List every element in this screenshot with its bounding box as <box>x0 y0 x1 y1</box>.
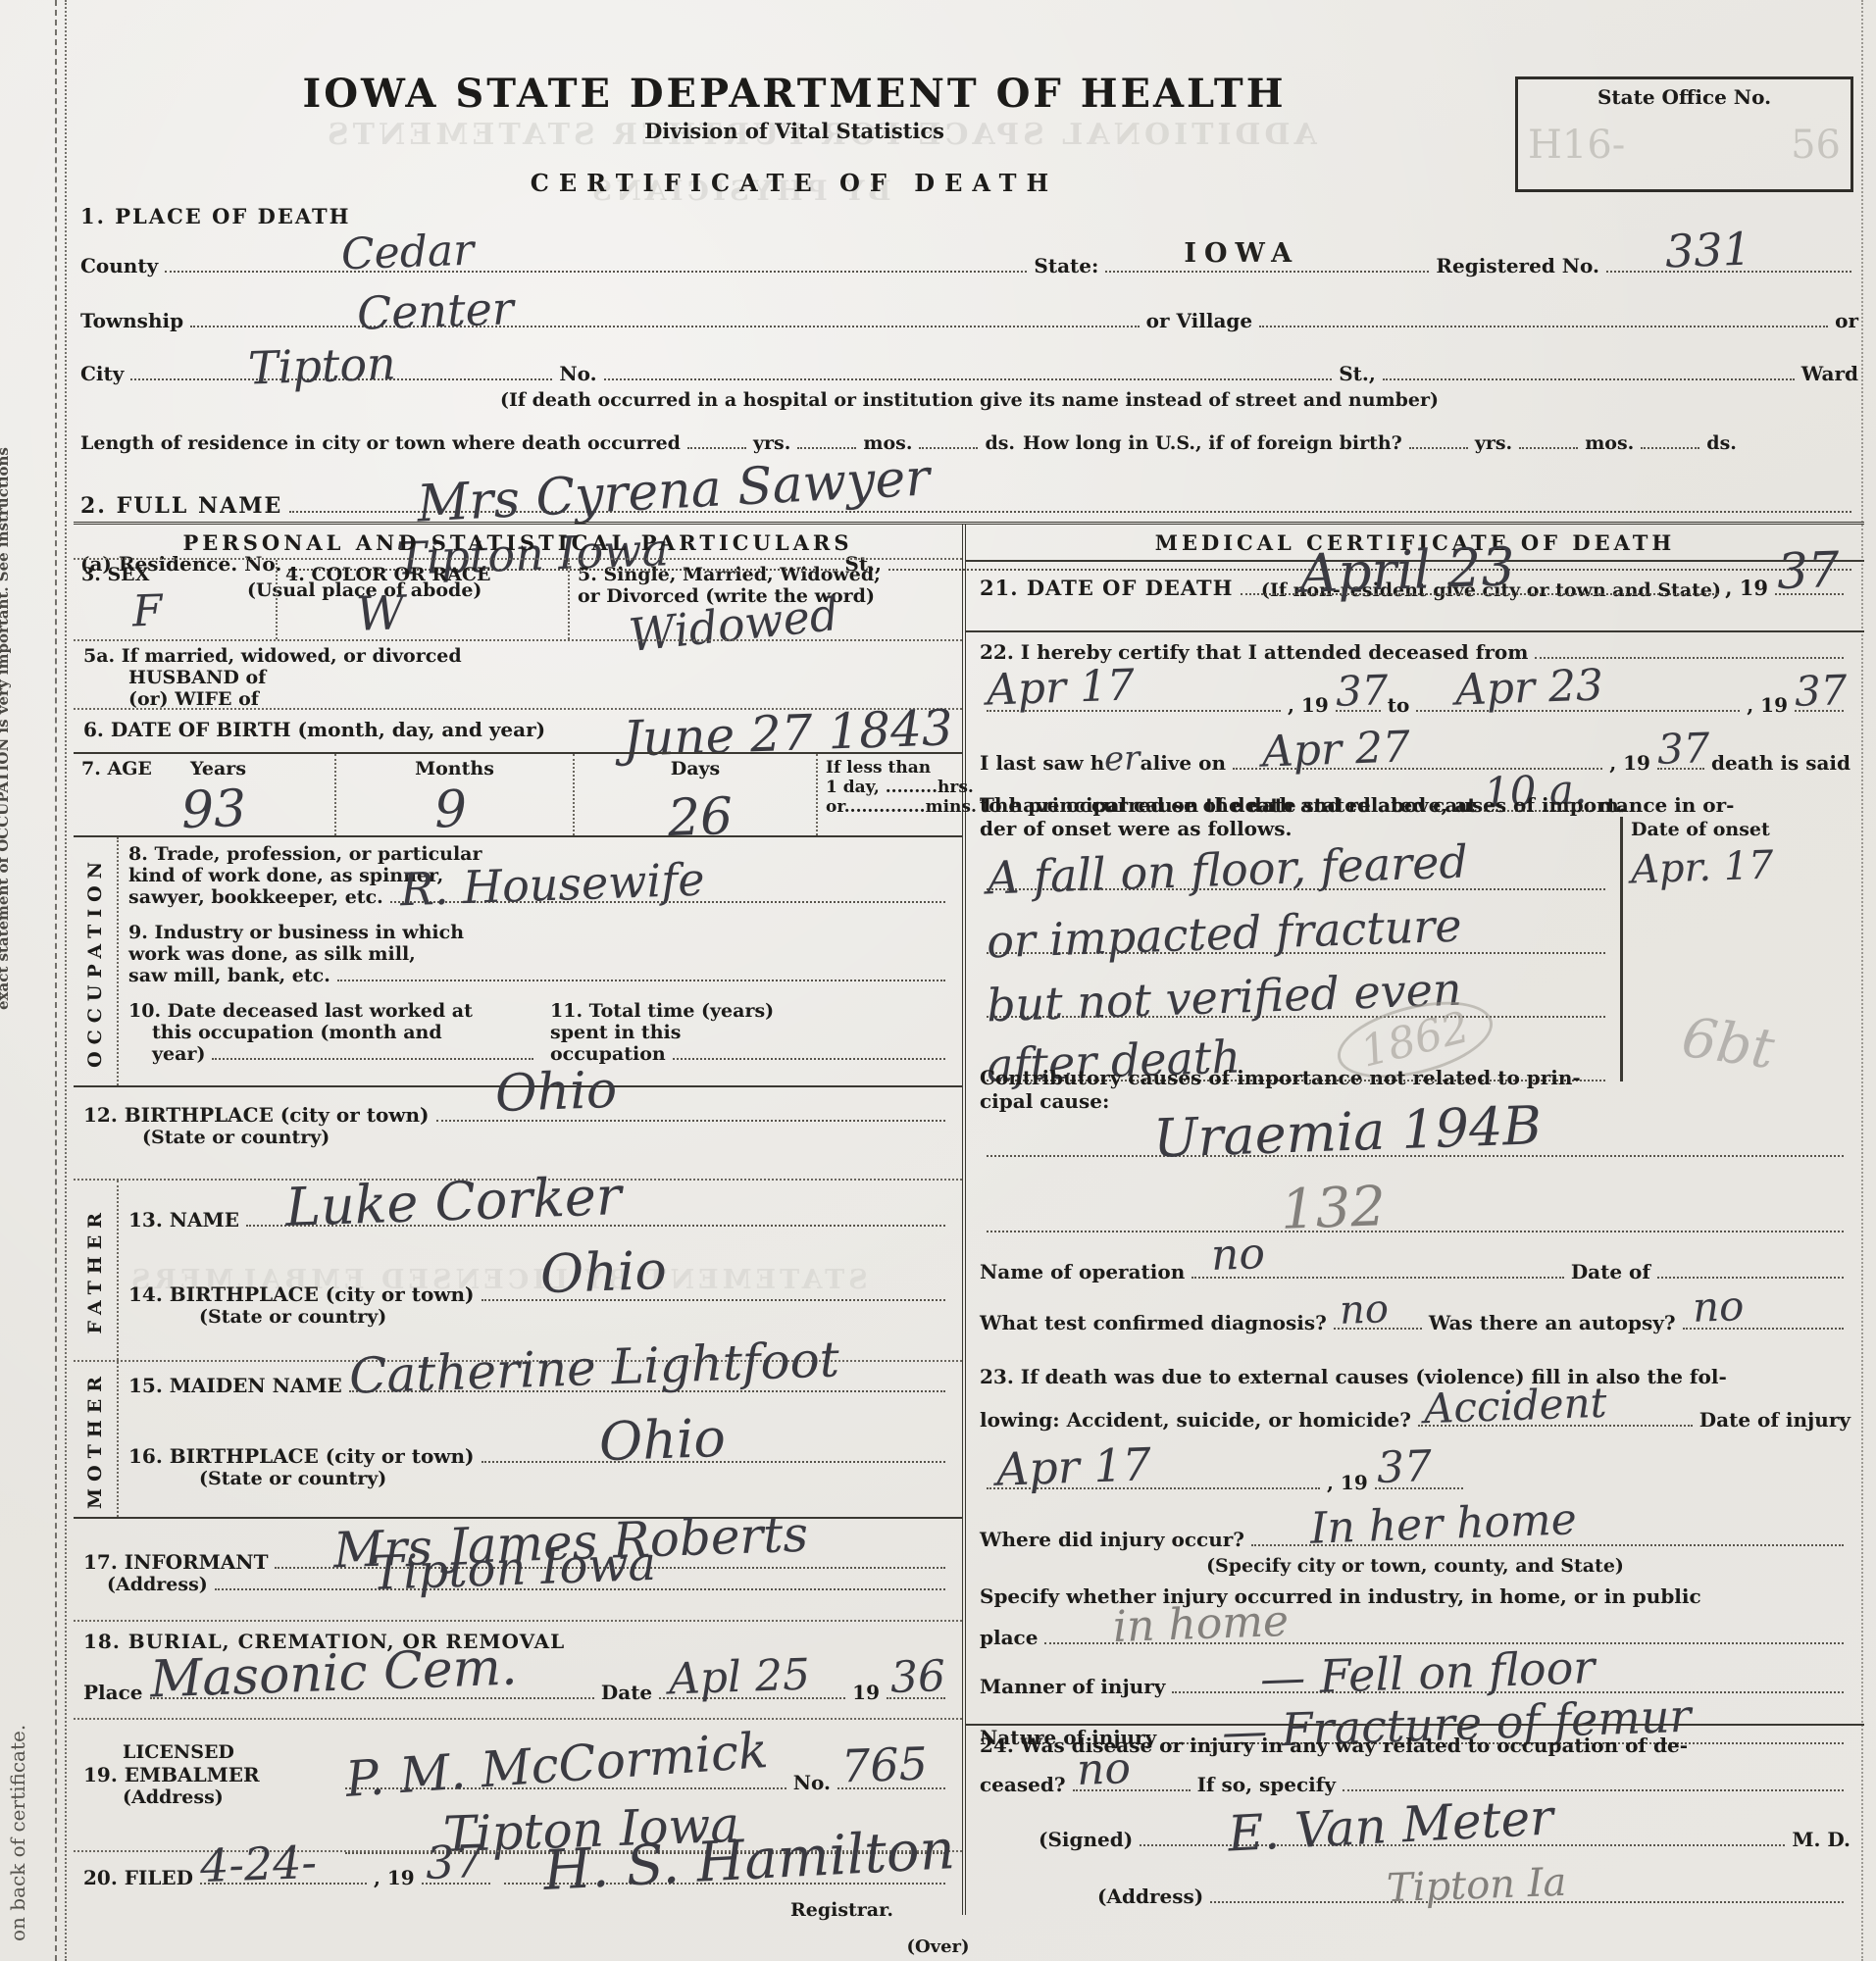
ds-label: ds. <box>985 432 1015 454</box>
where-label: Where did injury occur? <box>980 1528 1244 1551</box>
division-subtitle: Division of Vital Statistics <box>177 119 1412 143</box>
q21-year-line: 37 <box>1775 580 1844 595</box>
q10-line3: year) <box>152 1043 205 1065</box>
us-mos-line <box>1519 434 1578 449</box>
no-label: No. <box>559 362 596 385</box>
yrs-label: yrs. <box>753 432 790 454</box>
q9-line <box>337 967 945 981</box>
marital-label-1: 5. Single, Married, Widowed, <box>578 564 954 585</box>
burial-block: 18. BURIAL, CREMATION, OR REMOVAL Place … <box>74 1620 962 1718</box>
burial-date-line: Apl 25 <box>659 1684 845 1699</box>
q9-line1: 9. Industry or business in which <box>128 922 952 943</box>
margin-note: exact statement of OCCUPATION is very im… <box>0 29 12 1010</box>
lastsaw-year: 37 <box>1656 728 1710 771</box>
specify-label: Specify whether injury occurred in indus… <box>980 1584 1851 1608</box>
contributory-block: Contributory causes of importance not re… <box>966 1062 1864 1248</box>
no-line <box>604 366 1333 380</box>
place-value: in home <box>1113 1600 1290 1649</box>
length-mos-line <box>797 434 856 449</box>
from-year: 37 <box>1335 670 1389 713</box>
hospital-note: (If death occurred in a hospital or inst… <box>80 389 1858 411</box>
columns: PERSONAL AND STATISTICAL PARTICULARS 3. … <box>74 522 1864 1915</box>
to-line: Apr 23 <box>1416 697 1740 712</box>
birthplace-block: 12. BIRTHPLACE (city or town) Ohio (Stat… <box>74 1085 962 1179</box>
q24-answer-line: no <box>1073 1777 1191 1791</box>
mother-vertical-strip: MOTHER <box>74 1362 119 1517</box>
burial-year-line: 36 <box>887 1684 945 1699</box>
date-of-onset-column: Date of onset Apr. 17 6bt <box>1620 817 1864 1081</box>
embalmer-name-value: P. M. McCormick <box>344 1726 770 1804</box>
address-label: (Address) <box>1097 1885 1203 1908</box>
test-label: What test confirmed diagnosis? <box>980 1311 1327 1334</box>
registered-no-line: 331 <box>1606 258 1851 273</box>
principal-line2: der of onset were as follows. <box>980 817 1612 840</box>
from-line: Apr 17 <box>987 697 1281 712</box>
where-line: In her home <box>1251 1532 1844 1546</box>
race-cell: 4. COLOR OR RACE W <box>278 560 570 639</box>
lastsaw-value: Apr 27 <box>1261 726 1410 774</box>
father-vertical-label: FATHER <box>84 1206 106 1333</box>
age-months-cell: Months 9 <box>336 754 575 835</box>
to-label: to <box>1388 693 1410 717</box>
contrib-value-line1: Uraemia 194B <box>987 1142 1844 1157</box>
certificate-title: CERTIFICATE OF DEATH <box>177 169 1412 197</box>
months-label: Months <box>415 758 494 779</box>
filed-date-line: 4-24- <box>200 1870 367 1885</box>
licensed-label: LICENSED <box>123 1741 338 1763</box>
test-line: no <box>1334 1315 1422 1330</box>
q14-line: Ohio <box>482 1286 945 1301</box>
husband-wife-block: 5a. If married, widowed, or divorced HUS… <box>74 639 962 708</box>
burial-date-19: 19 <box>852 1681 880 1704</box>
manner-label: Manner of injury <box>980 1675 1165 1698</box>
cause-line3: but not verified even <box>987 1003 1605 1018</box>
injury-date-label: Date of injury <box>1699 1408 1851 1432</box>
lastsaw-year-line: 37 <box>1657 755 1704 770</box>
to-value: Apr 23 <box>1455 664 1604 712</box>
q21-value: April 23 <box>1298 540 1516 601</box>
operation-date-label: Date of <box>1571 1260 1650 1283</box>
lastsaw-19: , 19 <box>1609 751 1650 775</box>
where-value: In her home <box>1309 1498 1577 1550</box>
registrar-sig-line: H. S. Hamilton <box>504 1870 945 1885</box>
autopsy-value: no <box>1692 1285 1745 1329</box>
less-line1: If less than <box>826 758 977 778</box>
state-office-box: State Office No. H16- 56 <box>1515 76 1853 192</box>
state-office-value-left: H16- <box>1528 123 1625 168</box>
principal-cause-block: The principal cause of death and related… <box>966 787 1864 1062</box>
cause-value1: A fall on floor, feared <box>986 838 1468 900</box>
state-office-value-right: 56 <box>1791 123 1841 168</box>
q17-sub: (Address) <box>107 1574 208 1595</box>
cause-line1: A fall on floor, feared <box>987 876 1605 890</box>
race-value: W <box>355 589 405 638</box>
injury-year-value: 37 <box>1376 1445 1433 1490</box>
to-year: 37 <box>1794 670 1848 713</box>
to-year-line: 37 <box>1795 697 1844 712</box>
ward-label: Ward <box>1801 362 1858 385</box>
q5a-line1: 5a. If married, widowed, or divorced <box>83 645 952 667</box>
operation-line: no <box>1192 1264 1564 1279</box>
sex-race-marital-row: 3. SEX F 4. COLOR OR RACE W 5. Single, M… <box>74 558 962 639</box>
dob-block: 6. DATE OF BIRTH (month, day, and year) … <box>74 708 962 752</box>
q13-line: Luke Corker <box>246 1212 945 1227</box>
embalmer-name-line: P. M. McCormick <box>345 1775 786 1789</box>
q14-sub: (State or country) <box>199 1306 952 1328</box>
state-value: IOWA <box>1184 238 1299 269</box>
q24-ceased: ceased? <box>980 1773 1066 1796</box>
age-label: 7. AGE <box>81 758 152 779</box>
where-sub: (Specify city or town, county, and State… <box>980 1555 1851 1577</box>
test-autopsy-block: What test confirmed diagnosis? no Was th… <box>966 1297 1864 1351</box>
years-label: Years <box>190 758 246 779</box>
operation-value: no <box>1211 1232 1266 1278</box>
mother-vertical-label: MOTHER <box>84 1370 106 1509</box>
registered-no-label: Registered No. <box>1436 254 1599 277</box>
injury-date-19: , 19 <box>1327 1471 1368 1494</box>
registrar-label: Registrar. <box>83 1899 893 1921</box>
sex-label: 3. SEX <box>81 564 149 585</box>
city-line: Tipton <box>130 366 552 380</box>
q23-line2: lowing: Accident, suicide, or homicide? <box>980 1408 1411 1432</box>
q13-label: 13. NAME <box>128 1208 239 1232</box>
q17-label: 17. INFORMANT <box>83 1550 268 1574</box>
medical-certificate-column: MEDICAL CERTIFICATE OF DEATH 21. DATE OF… <box>962 525 1864 1915</box>
occupation-vertical-label: OCCUPATION <box>84 855 106 1068</box>
burial-place-line: Masonic Cem. <box>150 1684 594 1699</box>
q5a-line2: HUSBAND of <box>128 667 952 688</box>
over-footer: (Over) <box>0 1936 1876 1957</box>
left-edge-rule-inner <box>65 0 67 1961</box>
burial-place-value: Masonic Cem. <box>149 1641 518 1705</box>
city-label: City <box>80 362 124 385</box>
injury-date-value: Apr 17 <box>995 1441 1151 1491</box>
us-yrs-label: yrs. <box>1475 432 1512 454</box>
signed-line: E. Van Meter <box>1140 1832 1785 1846</box>
place-of-death-title: 1. PLACE OF DEATH <box>80 204 1858 228</box>
days-label: Days <box>671 758 721 779</box>
full-name-line: Mrs Cyrena Sawyer <box>289 498 1851 513</box>
department-title: IOWA STATE DEPARTMENT OF HEALTH <box>177 71 1412 117</box>
signature-block: (Signed) E. Van Meter M. D. (Address) Ti… <box>966 1812 1864 1915</box>
us-mos-label: mos. <box>1585 432 1634 454</box>
length-ds-line <box>919 434 978 449</box>
city-handwritten: Tipton <box>248 340 397 390</box>
q9-line3: saw mill, bank, etc. <box>128 965 330 986</box>
contrib-value1: Uraemia 194B <box>1152 1099 1543 1166</box>
less-than-day-cell: If less than 1 day, .........hrs. or....… <box>818 754 985 835</box>
embalmer-label: 19. EMBALMER <box>83 1763 338 1786</box>
q21-year: 37 <box>1776 545 1840 596</box>
filed-block: 20. FILED 4-24- , 19 37 H. S. Hamilton R… <box>74 1850 962 1919</box>
us-ds-label: ds. <box>1706 432 1737 454</box>
lastsaw-label3: death is said <box>1711 751 1851 775</box>
length-yrs-line <box>687 434 746 449</box>
state-line: IOWA <box>1105 258 1429 273</box>
race-label: 4. COLOR OR RACE <box>285 564 491 585</box>
q21-label: 21. DATE OF DEATH <box>980 576 1234 600</box>
q16-label: 16. BIRTHPLACE (city or town) <box>128 1444 475 1468</box>
place-line: in home <box>1044 1630 1844 1644</box>
operation-label: Name of operation <box>980 1260 1185 1283</box>
place-label: place <box>980 1626 1038 1649</box>
burial-date-label: Date <box>601 1681 652 1704</box>
q12-value: Ohio <box>494 1065 618 1120</box>
q21-line: April 23 <box>1241 580 1719 595</box>
external-causes-block: 23. If death was due to external causes … <box>966 1351 1864 1724</box>
last-worked-block: 10. Date deceased last worked at this oc… <box>128 1000 952 1065</box>
q11-line2: spent in this <box>550 1022 952 1043</box>
autopsy-label: Was there an autopsy? <box>1429 1311 1676 1334</box>
left-edge-rule-outer <box>55 0 57 1961</box>
lastsaw-label1: I last saw h <box>980 751 1104 775</box>
us-yrs-line <box>1409 434 1468 449</box>
us-length-label: How long in U.S., if of foreign birth? <box>1023 432 1402 454</box>
mother-group: MOTHER 15. MAIDEN NAME Catherine Lightfo… <box>74 1360 962 1517</box>
onset-label: Date of onset <box>1631 819 1856 840</box>
contrib-line1: Contributory causes of importance not re… <box>980 1066 1851 1089</box>
attended-block: 22. I hereby certify that I attended dec… <box>966 630 1864 787</box>
test-value: no <box>1339 1289 1389 1331</box>
personal-title: PERSONAL AND STATISTICAL PARTICULARS <box>74 525 962 558</box>
to-19: , 19 <box>1747 693 1788 717</box>
q10-line <box>212 1045 533 1060</box>
contrib-value-line2: 132 <box>987 1218 1844 1232</box>
manner-line: — Fell on floor <box>1172 1679 1844 1693</box>
lastsaw-er: er <box>1104 741 1141 776</box>
principal-line1: The principal cause of death and related… <box>980 793 1864 817</box>
full-name-label: 2. FULL NAME <box>80 493 282 519</box>
township-label: Township <box>80 309 183 332</box>
q12-sub: (State or country) <box>142 1127 952 1148</box>
township-handwritten: Center <box>356 285 514 336</box>
injury-date-line: Apr 17 <box>987 1475 1320 1489</box>
embalmer-address-label: (Address) <box>123 1786 338 1808</box>
age-years-value: 93 <box>180 783 247 836</box>
st-line <box>1383 366 1795 380</box>
or-label: or <box>1835 309 1858 332</box>
q9-line2: work was done, as silk mill, <box>128 943 952 965</box>
signed-value: E. Van Meter <box>1227 1792 1554 1858</box>
q22-tail-line <box>1535 644 1844 659</box>
q23-line1: 23. If death was due to external causes … <box>980 1365 1851 1388</box>
q8-line3: sawyer, bookkeeper, etc. <box>128 886 383 908</box>
filed-year-value: 37 <box>425 1838 483 1886</box>
q24-ifso: If so, specify <box>1197 1773 1336 1796</box>
margin-note-2: on back of certificate. <box>6 1530 29 1941</box>
age-block: 7. AGE Years 93 Months 9 Days 26 If less… <box>74 752 962 835</box>
q11-line <box>673 1045 945 1060</box>
filed-19: , 19 <box>374 1866 415 1889</box>
trade-block: 8. Trade, profession, or particular kind… <box>128 843 952 908</box>
embalmer-no-value: 765 <box>840 1740 928 1788</box>
state-label: State: <box>1034 254 1098 277</box>
q12-label: 12. BIRTHPLACE (city or town) <box>83 1103 430 1127</box>
or-village-label: or Village <box>1146 309 1252 332</box>
q16-sub: (State or country) <box>199 1468 952 1489</box>
county-line: Cedar <box>165 258 1027 273</box>
age-days-cell: Days 26 <box>575 754 818 835</box>
county-handwritten: Cedar <box>340 229 475 277</box>
less-line2: 1 day, .........hrs. <box>826 778 977 797</box>
from-year-line: 37 <box>1336 697 1381 712</box>
q14-value: Ohio <box>539 1244 668 1301</box>
margin-note-line1: exact statement of OCCUPATION is very im… <box>0 29 12 1010</box>
q15-label: 15. MAIDEN NAME <box>128 1374 342 1397</box>
filed-label: 20. FILED <box>83 1866 193 1889</box>
md-label: M. D. <box>1792 1828 1851 1851</box>
address-line: Tipton Ia <box>1210 1888 1844 1903</box>
from-value: Apr 17 <box>986 664 1135 712</box>
occupation-group: OCCUPATION 8. Trade, profession, or part… <box>74 835 962 1085</box>
operation-date-line <box>1657 1264 1844 1279</box>
q23-answer: Accident <box>1423 1383 1607 1430</box>
q17-value2: Tipton Iowa <box>371 1540 657 1597</box>
burial-year-value: 36 <box>889 1655 946 1700</box>
q16-line: Ohio <box>482 1448 945 1463</box>
occupation-vertical-strip: OCCUPATION <box>74 837 119 1085</box>
address-value: Tipton Ia <box>1387 1863 1568 1908</box>
registered-no-value: 331 <box>1664 226 1751 274</box>
autopsy-line: no <box>1683 1315 1844 1330</box>
burial-place-label: Place <box>83 1681 143 1704</box>
burial-date-value: Apl 25 <box>668 1654 810 1702</box>
signed-label: (Signed) <box>1039 1828 1133 1851</box>
contrib-value2: 132 <box>1280 1180 1387 1238</box>
marital-cell: 5. Single, Married, Widowed, or Divorced… <box>570 560 962 639</box>
industry-block: 9. Industry or business in which work wa… <box>128 922 952 986</box>
injury-year-line: 37 <box>1375 1475 1463 1489</box>
personal-statistical-column: PERSONAL AND STATISTICAL PARTICULARS 3. … <box>74 525 962 1915</box>
filed-date-value: 4-24- <box>199 1839 317 1888</box>
q15-line: Catherine Lightfoot <box>349 1378 945 1392</box>
cause-value2: or impacted fracture <box>986 903 1462 965</box>
q17-line2: Tipton Iowa <box>215 1576 945 1590</box>
q10-line1: 10. Date deceased last worked at <box>128 1000 540 1022</box>
state-office-label: State Office No. <box>1528 85 1841 109</box>
township-line: Center <box>190 313 1140 327</box>
length-residence-label: Length of residence in city or town wher… <box>80 432 681 454</box>
death-certificate-document: exact statement of OCCUPATION is very im… <box>0 0 1876 1961</box>
onset-value: Apr. 17 <box>1630 845 1774 889</box>
filed-year-line: 37 <box>422 1870 490 1885</box>
sex-cell: 3. SEX F <box>74 560 278 639</box>
cause-line2: or impacted fracture <box>987 939 1605 954</box>
q13-value: Luke Corker <box>284 1170 622 1234</box>
embalmer-no-label: No. <box>793 1771 831 1794</box>
embalmer-no-line: 765 <box>837 1775 945 1789</box>
dob-label: 6. DATE OF BIRTH (month, day, and year) <box>83 718 545 741</box>
father-vertical-strip: FATHER <box>74 1181 119 1360</box>
q21-19: , 19 <box>1725 576 1768 600</box>
q23-answer-line: Accident <box>1418 1412 1693 1427</box>
q22-label: 22. I hereby certify that I attended dec… <box>980 640 1528 664</box>
q15-value: Catherine Lightfoot <box>348 1334 839 1400</box>
header: IOWA STATE DEPARTMENT OF HEALTH Division… <box>177 71 1412 197</box>
margin-note-line2: on back of certificate. <box>6 1530 29 1941</box>
q24-specify-line <box>1343 1777 1844 1791</box>
q10-line2: this occupation (month and <box>152 1022 540 1043</box>
st-label: St., <box>1339 362 1376 385</box>
less-line3: or..............mins. <box>826 797 977 817</box>
sex-value: F <box>131 589 163 633</box>
from-19: , 19 <box>1288 693 1329 717</box>
village-line <box>1259 313 1828 327</box>
lastsaw-label2: alive on <box>1141 751 1226 775</box>
full-name-handwritten: Mrs Cyrena Sawyer <box>416 452 931 529</box>
informant-block: 17. INFORMANT Mrs James Roberts (Address… <box>74 1517 962 1620</box>
date-of-death-block: 21. DATE OF DEATH April 23 , 19 37 <box>966 560 1864 630</box>
age-months-value: 9 <box>433 783 468 835</box>
q12-line: Ohio <box>436 1107 945 1122</box>
manner-value: — Fell on floor <box>1260 1644 1597 1701</box>
age-years-cell: 7. AGE Years 93 <box>74 754 336 835</box>
q8-value: R. Housewife <box>399 857 705 913</box>
q16-value: Ohio <box>598 1412 727 1469</box>
us-ds-line <box>1641 434 1699 449</box>
q14-label: 14. BIRTHPLACE (city or town) <box>128 1282 475 1306</box>
q24-answer: no <box>1076 1747 1131 1792</box>
q8-line: R. Housewife <box>390 888 945 903</box>
q11-line1: 11. Total time (years) <box>550 1000 952 1022</box>
county-label: County <box>80 254 158 277</box>
